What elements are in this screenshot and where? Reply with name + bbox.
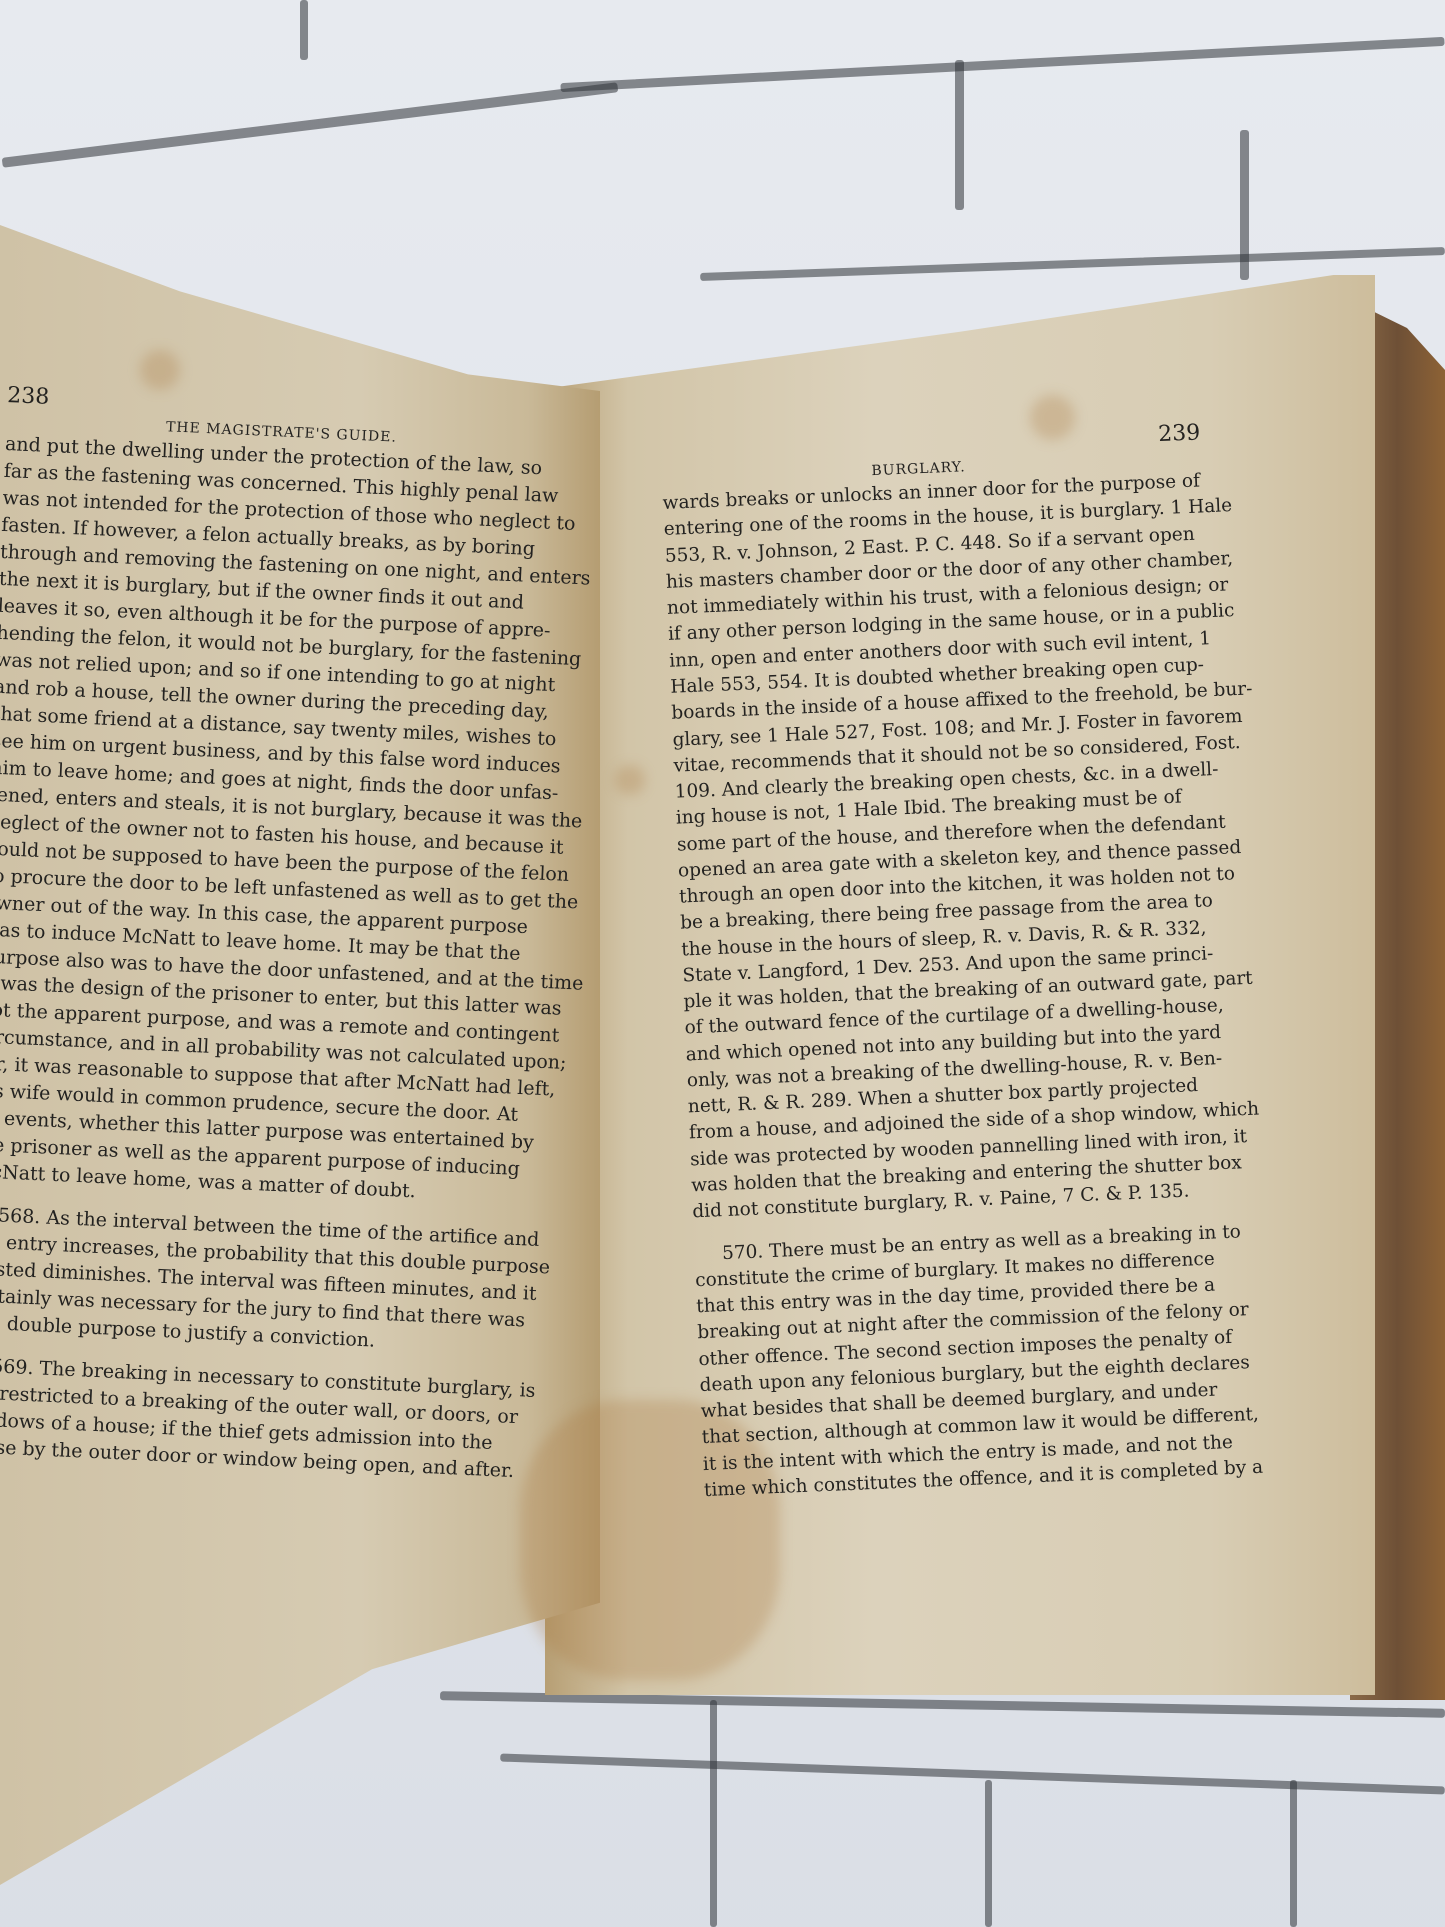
mortar-line <box>2 82 619 167</box>
foxing-stain <box>140 350 180 390</box>
mortar-line <box>440 1691 1445 1718</box>
mortar-line <box>300 0 308 60</box>
mortar-line <box>1290 1780 1297 1927</box>
mortar-line <box>955 60 964 210</box>
right-page-text: 239 BURGLARY. wards breaks or unlocks an… <box>660 416 1286 1505</box>
mortar-line <box>710 1700 717 1927</box>
mortar-line <box>985 1780 992 1927</box>
foxing-stain <box>615 765 645 795</box>
mortar-line <box>560 37 1444 92</box>
mortar-line <box>500 1754 1445 1795</box>
left-page-text: 238 THE MAGISTRATE'S GUIDE. and put the … <box>0 380 610 1487</box>
